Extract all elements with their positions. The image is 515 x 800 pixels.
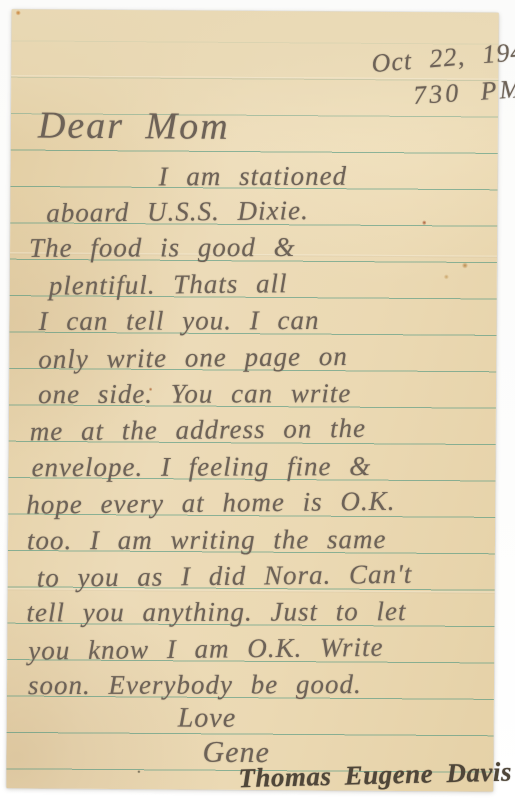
stain-spot [444, 274, 449, 279]
letter-line: I can tell you. I can [38, 302, 319, 339]
letter-line: envelope. I feeling fine & [31, 448, 371, 485]
letter-line: you know I am O.K. Write [28, 629, 384, 669]
stain-spot [16, 10, 21, 15]
stain-spot [422, 220, 426, 225]
letter-line: aboard U.S.S. Dixie. [46, 192, 309, 231]
stain-spot [462, 262, 468, 268]
letter-paper: Oct 22, 1942 730 PM Dear Mom I am statio… [6, 9, 498, 791]
letter-attribution: Thomas Eugene Davis [238, 754, 512, 797]
letter-line: plentiful. Thats all [49, 265, 288, 303]
letter-line: too. I am writing the same [27, 521, 387, 558]
scanned-letter-stage: Oct 22, 1942 730 PM Dear Mom I am statio… [0, 0, 515, 800]
letter-line: me at the address on the [30, 410, 367, 450]
letter-line: I am stationed [159, 158, 348, 195]
letter-line: to you as I did Nora. Can't [37, 556, 413, 596]
letter-salutation: Dear Mom [38, 107, 230, 144]
letter-time: 730 PM [412, 71, 515, 114]
letter-line: soon. Everybody be good. [28, 666, 362, 703]
letter-line: hope every at home is O.K. [26, 483, 396, 523]
letter-line: tell you anything. Just to let [26, 593, 406, 630]
letter-line: The food is good & [29, 229, 296, 266]
stain-spot [137, 770, 140, 773]
letter-line: one side. You can write [38, 375, 351, 412]
letter-line: only write one page on [38, 338, 348, 377]
letter-closing: Love [178, 700, 237, 736]
